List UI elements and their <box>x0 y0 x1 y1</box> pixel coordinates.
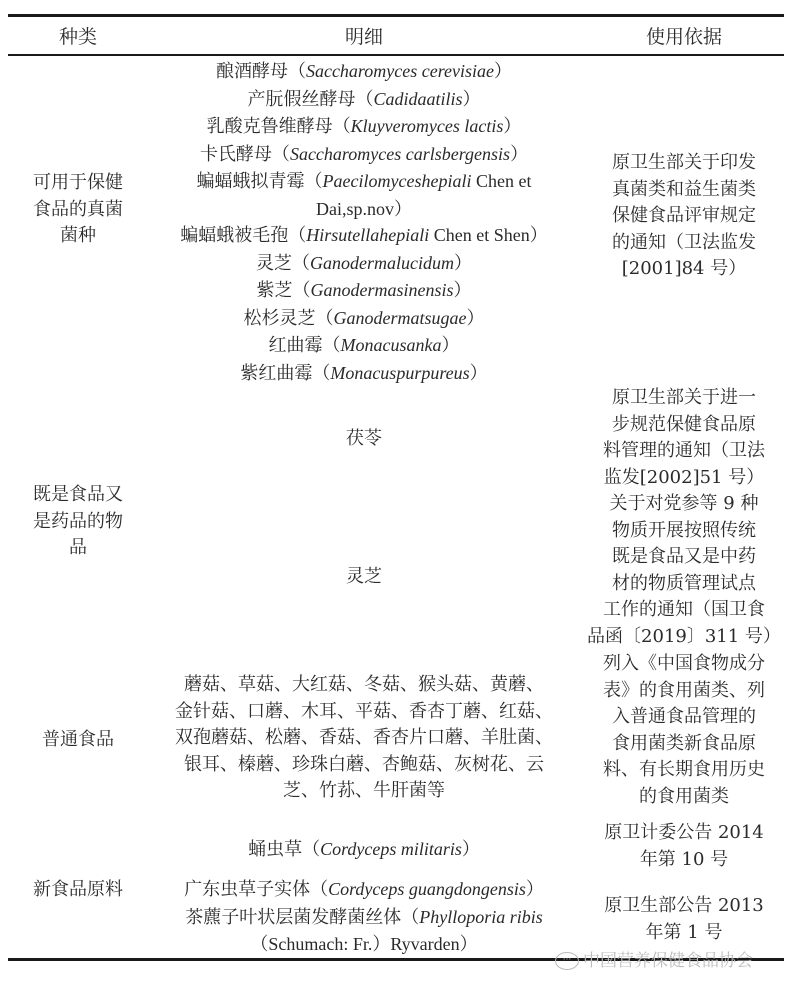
wechat-icon: ··· <box>555 952 579 970</box>
row-new-food-category: 新食品原料 <box>8 877 148 904</box>
row-common-food-basis: 列入《中国食物成分 表》的食用菌类、列 入普通食品管理的 食用菌类新食品原 料、… <box>582 651 786 810</box>
basis-line: 物质开展按照传统 <box>582 518 786 545</box>
header-basis: 使用依据 <box>582 20 786 54</box>
basis-line: 食用菌类新食品原 <box>582 731 786 758</box>
basis-line: 原卫生部关于进一 <box>582 385 786 412</box>
detail-line: 蛹虫草（Cordyceps militaris） <box>148 836 580 864</box>
category-line: 既是食品又 <box>8 482 148 509</box>
detail-line: 乳酸克鲁维酵母（Kluyveromyces lactis） <box>148 113 580 141</box>
detail-line: 茶藨子叶状层菌发酵菌丝体（Phylloporia ribis <box>148 904 580 932</box>
basis-line: 既是食品又是中药 <box>582 544 786 571</box>
basis-line: 保健食品评审规定 <box>582 203 786 230</box>
category-line: 品 <box>8 535 148 562</box>
basis-line: 材的物质管理试点 <box>582 571 786 598</box>
category-line: 是药品的物 <box>8 509 148 536</box>
basis-line: 列入《中国食物成分 <box>582 651 786 678</box>
row-common-food-category: 普通食品 <box>8 727 148 754</box>
detail-line: 芝、竹荪、牛肝菌等 <box>148 778 580 805</box>
row-fungi-category: 可用于保健 食品的真菌 菌种 <box>8 170 148 250</box>
category-line: 菌种 <box>8 223 148 250</box>
detail-line: （Schumach: Fr.）Ryvarden） <box>148 931 580 959</box>
basis-line: 真菌类和益生菌类 <box>582 177 786 204</box>
item-cordyceps-militaris-basis: 原卫计委公告 2014 年第 10 号 <box>582 820 786 873</box>
basis-line: 关于对党参等 9 种 <box>582 491 786 518</box>
detail-line: 蝙蝠蛾拟青霉（Paecilomyceshepiali Chen et <box>148 168 580 196</box>
detail-line: 红曲霉（Monacusanka） <box>148 332 580 360</box>
detail-line: 灵芝（Ganodermalucidum） <box>148 250 580 278</box>
basis-line: 的通知（卫法监发 <box>582 230 786 257</box>
basis-line: 监发[2002]51 号） <box>582 465 786 492</box>
basis-line: 入普通食品管理的 <box>582 704 786 731</box>
basis-line: 原卫生部公告 2013 <box>582 893 786 920</box>
detail-line: 酿酒酵母（Saccharomyces cerevisiae） <box>148 58 580 86</box>
table-top-rule <box>8 14 784 17</box>
category-line: 食品的真菌 <box>8 197 148 224</box>
header-category: 种类 <box>8 20 148 54</box>
basis-line: 步规范保健食品原 <box>582 412 786 439</box>
detail-line: 蝙蝠蛾被毛孢（Hirsutellahepiali Chen et Shen） <box>148 222 580 250</box>
basis-line: 表》的食用菌类、列 <box>582 678 786 705</box>
header-details: 明细 <box>148 20 580 54</box>
detail-line: 银耳、榛蘑、珍珠白蘑、杏鲍菇、灰树花、云 <box>148 752 580 779</box>
watermark: ···中国营养保健食品协会 <box>555 946 753 971</box>
table-header-rule <box>8 54 784 56</box>
item-fuling-basis: 原卫生部关于进一 步规范保健食品原 料管理的通知（卫法 监发[2002]51 号… <box>582 385 786 491</box>
row-fungi-details: 酿酒酵母（Saccharomyces cerevisiae） 产朊假丝酵母（Ca… <box>148 58 580 387</box>
detail-line: 双孢蘑菇、松蘑、香菇、香杏片口蘑、羊肚菌、 <box>148 725 580 752</box>
detail-line: 卡氏酵母（Saccharomyces carlsbergensis） <box>148 141 580 169</box>
basis-line: [2001]84 号） <box>582 256 786 283</box>
item-cordyceps-militaris: 蛹虫草（Cordyceps militaris） <box>148 836 580 864</box>
detail-line: 产朊假丝酵母（Cadidaatilis） <box>148 86 580 114</box>
detail-line: 蘑菇、草菇、大红菇、冬菇、猴头菇、黄蘑、 <box>148 672 580 699</box>
watermark-text: 中国营养保健食品协会 <box>583 951 753 971</box>
detail-line: 紫红曲霉（Monacuspurpureus） <box>148 360 580 388</box>
basis-line: 工作的通知（国卫食 <box>582 597 786 624</box>
item-new-food-group: 广东虫草子实体（Cordyceps guangdongensis） 茶藨子叶状层… <box>148 876 580 959</box>
basis-line: 料、有长期食用历史 <box>582 757 786 784</box>
detail-line: 松杉灵芝（Ganodermatsugae） <box>148 305 580 333</box>
basis-line: 原卫计委公告 2014 <box>582 820 786 847</box>
row-common-food-details: 蘑菇、草菇、大红菇、冬菇、猴头菇、黄蘑、 金针菇、口蘑、木耳、平菇、香杏丁蘑、红… <box>148 672 580 805</box>
basis-line: 原卫生部关于印发 <box>582 150 786 177</box>
item-fuling: 茯苓 <box>148 426 580 453</box>
basis-line: 年第 1 号 <box>582 920 786 947</box>
basis-line: 品函〔2019〕311 号） <box>582 624 786 651</box>
row-fungi-basis: 原卫生部关于印发 真菌类和益生菌类 保健食品评审规定 的通知（卫法监发 [200… <box>582 150 786 283</box>
category-line: 可用于保健 <box>8 170 148 197</box>
row-food-medicine-category: 既是食品又 是药品的物 品 <box>8 482 148 562</box>
detail-line: Dai,sp.nov） <box>148 196 580 223</box>
item-lingzhi: 灵芝 <box>148 564 580 591</box>
basis-line: 料管理的通知（卫法 <box>582 438 786 465</box>
detail-line: 金针菇、口蘑、木耳、平菇、香杏丁蘑、红菇、 <box>148 699 580 726</box>
item-new-food-group-basis: 原卫生部公告 2013 年第 1 号 <box>582 893 786 946</box>
basis-line: 的食用菌类 <box>582 784 786 811</box>
detail-line: 广东虫草子实体（Cordyceps guangdongensis） <box>148 876 580 904</box>
item-lingzhi-basis: 关于对党参等 9 种 物质开展按照传统 既是食品又是中药 材的物质管理试点 工作… <box>582 491 786 650</box>
basis-line: 年第 10 号 <box>582 847 786 874</box>
detail-line: 紫芝（Ganodermasinensis） <box>148 277 580 305</box>
